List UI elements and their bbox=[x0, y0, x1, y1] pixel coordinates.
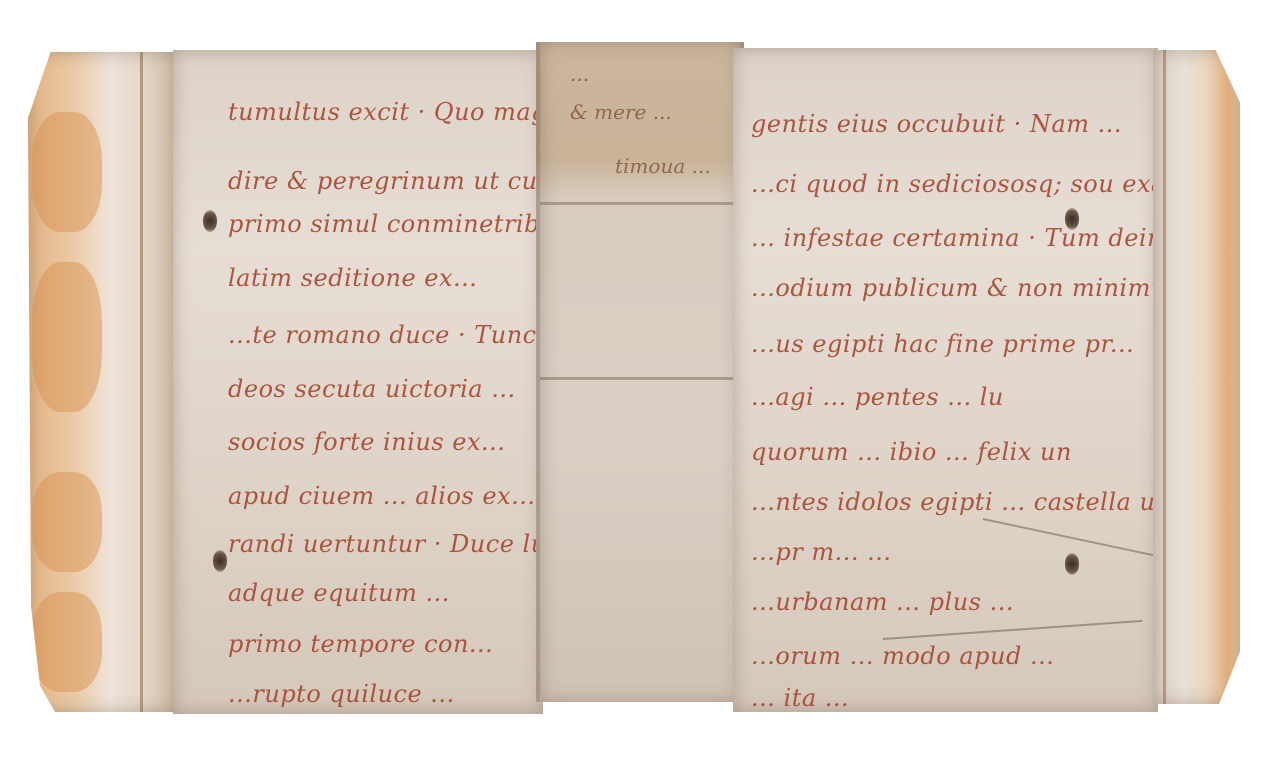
crease bbox=[540, 377, 740, 380]
text-line: ...ntes idolos egipti ... castella u bbox=[751, 488, 1155, 516]
left-page-text: tumultus excit · Quo mag dire & peregrin… bbox=[173, 50, 543, 714]
stain bbox=[32, 472, 102, 572]
text-line: adque equitum ... bbox=[228, 579, 450, 607]
right-page: gentis eius occubuit · Nam ... ...ci quo… bbox=[733, 48, 1158, 712]
fold-line bbox=[1163, 50, 1166, 704]
spine-text: ... bbox=[570, 62, 589, 86]
fold-line bbox=[140, 52, 143, 712]
text-line: ...ci quod in sediciososq; sou exag... bbox=[751, 170, 1206, 198]
right-flap bbox=[1153, 50, 1240, 704]
text-line: latim seditione ex... bbox=[228, 264, 477, 292]
text-line: ...urbanam ... plus ... bbox=[751, 588, 1014, 616]
text-line: primo simul conminetribi bbox=[228, 210, 548, 238]
text-line: ... ita ... bbox=[751, 684, 849, 712]
text-line: apud ciuem ... alios ex... bbox=[228, 482, 535, 510]
text-line: gentis eius occubuit · Nam ... bbox=[751, 110, 1122, 138]
stain bbox=[32, 262, 102, 412]
left-flap bbox=[28, 52, 178, 712]
text-line: ...te romano duce · Tunc la bbox=[228, 321, 568, 349]
manuscript-fragment: tumultus excit · Quo mag dire & peregrin… bbox=[28, 42, 1240, 720]
text-line: tumultus excit · Quo mag bbox=[228, 98, 547, 126]
crease bbox=[540, 202, 740, 205]
right-page-text: gentis eius occubuit · Nam ... ...ci quo… bbox=[733, 48, 1158, 712]
text-line: randi uertuntur · Duce lu bbox=[228, 530, 547, 558]
stain bbox=[32, 592, 102, 692]
text-line: primo tempore con... bbox=[228, 630, 493, 658]
left-page: tumultus excit · Quo mag dire & peregrin… bbox=[173, 50, 543, 714]
text-line: socios forte inius ex... bbox=[228, 428, 505, 456]
stain bbox=[32, 112, 102, 232]
spine-text: timoua ... bbox=[615, 154, 711, 178]
spine-strip: ... & mere ... timoua ... bbox=[536, 42, 744, 702]
text-line: ...pr m... ... bbox=[751, 538, 892, 566]
text-line: ...orum ... modo apud ... bbox=[751, 642, 1054, 670]
text-line: ...odium publicum & non minimu ... bbox=[751, 274, 1199, 302]
text-line: ...agi ... pentes ... lu bbox=[751, 383, 1004, 411]
text-line: ...rupto quiluce ... bbox=[228, 680, 455, 708]
text-line: dire & peregrinum ut cu bbox=[228, 167, 538, 195]
text-line: quorum ... ibio ... felix un bbox=[751, 438, 1072, 466]
text-line: ...us egipti hac fine prime pr... bbox=[751, 330, 1134, 358]
text-line: deos secuta uictoria ... bbox=[228, 375, 516, 403]
spine-text: & mere ... bbox=[570, 100, 672, 124]
